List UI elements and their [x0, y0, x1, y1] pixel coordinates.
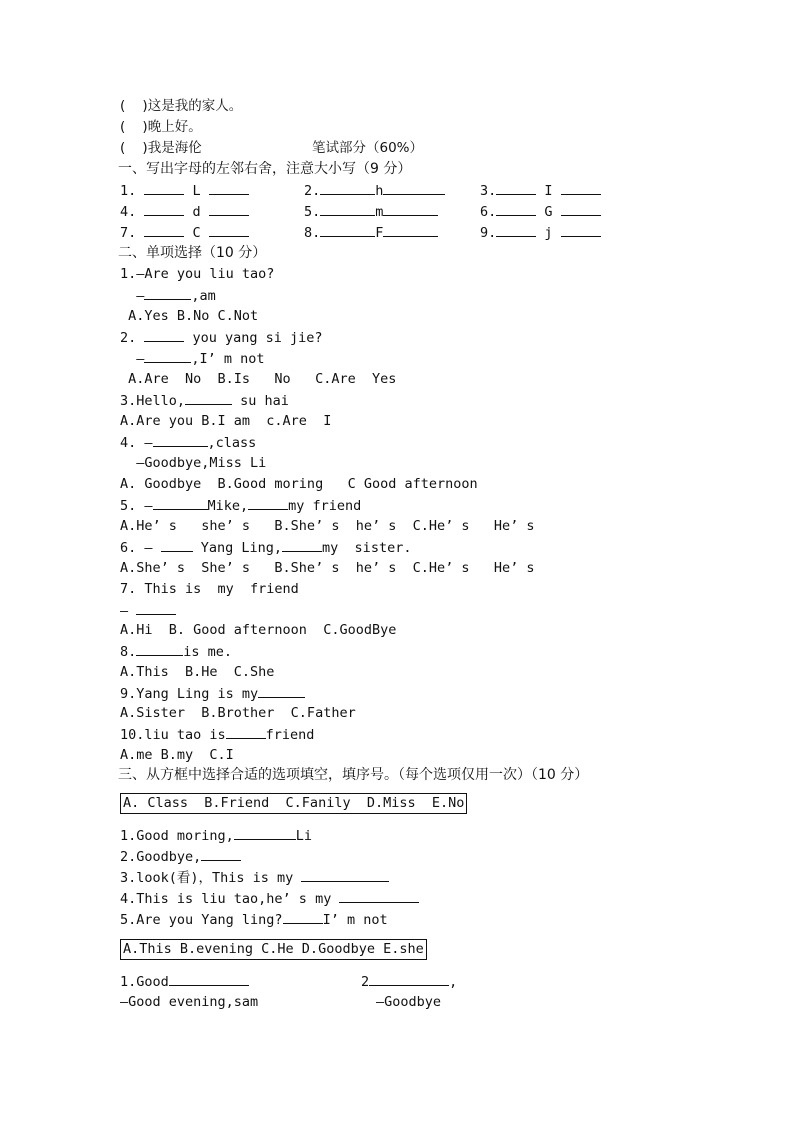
- oral-item-1: ( )这是我的家人。: [120, 96, 242, 116]
- fill-item-1: 1.Good moring,Li: [120, 825, 312, 846]
- answer-blank[interactable]: [496, 222, 536, 237]
- oral-item-3: ( )我是海伦: [120, 138, 202, 158]
- letter-item-2: 2.h: [304, 180, 445, 201]
- written-part-title: 笔试部分（60%）: [312, 138, 423, 158]
- letter-item-9: 9. j: [480, 222, 601, 243]
- oral-item-2: ( )晚上好。: [120, 117, 202, 137]
- answer-blank[interactable]: [320, 222, 375, 237]
- q4-options: A. Goodbye B.Good moring C Good afternoo…: [120, 474, 478, 494]
- answer-blank[interactable]: [136, 600, 176, 615]
- answer-blank[interactable]: [339, 888, 419, 903]
- letter-item-8: 8.F: [304, 222, 438, 243]
- answer-blank[interactable]: [320, 180, 375, 195]
- q5-options: A.He’ s she’ s B.She’ s he’ s C.He’ s He…: [120, 516, 535, 536]
- answer-blank[interactable]: [234, 825, 296, 840]
- answer-blank[interactable]: [301, 867, 389, 882]
- answer-blank[interactable]: [185, 390, 232, 405]
- q10-question: 10.liu tao isfriend: [120, 724, 314, 745]
- q3-question: 3.Hello, su hai: [120, 390, 289, 411]
- answer-blank[interactable]: [144, 327, 184, 342]
- fill-item-4: 4.This is liu tao,he’ s my: [120, 888, 419, 909]
- q10-options: A.me B.my C.I: [120, 745, 234, 765]
- letter-item-3: 3. I: [480, 180, 601, 201]
- q7-question: 7. This is my friend: [120, 579, 299, 599]
- dialog-2: 2,: [361, 971, 457, 992]
- fill-item-5: 5.Are you Yang ling?I’ m not: [120, 909, 388, 930]
- answer-blank[interactable]: [496, 180, 536, 195]
- answer-blank[interactable]: [153, 432, 208, 447]
- q4-question: 4. —,class: [120, 432, 256, 453]
- section-2-title: 二、单项选择（10 分）: [118, 243, 266, 263]
- word-box-2: A.This B.evening C.He D.Goodbye E.she: [120, 939, 427, 960]
- q2-question: 2. you yang si jie?: [120, 327, 323, 348]
- q8-options: A.This B.He C.She: [120, 662, 274, 682]
- answer-bracket[interactable]: ( ): [120, 98, 148, 114]
- letter-item-1: 1. L: [120, 180, 249, 201]
- fill-item-3: 3.look(看)，This is my: [120, 867, 389, 888]
- q8-question: 8.is me.: [120, 641, 232, 662]
- answer-blank[interactable]: [496, 201, 536, 216]
- q6-question: 6. — Yang Ling,my sister.: [120, 537, 411, 558]
- answer-blank[interactable]: [561, 222, 601, 237]
- answer-blank[interactable]: [144, 180, 184, 195]
- word-box-1: A. Class B.Friend C.Fanily D.Miss E.No: [120, 793, 467, 814]
- answer-blank[interactable]: [226, 724, 266, 739]
- answer-blank[interactable]: [201, 846, 241, 861]
- answer-blank[interactable]: [283, 909, 323, 924]
- answer-bracket[interactable]: ( ): [120, 140, 148, 156]
- answer-blank[interactable]: [169, 971, 249, 986]
- section-1-title: 一、写出字母的左邻右舍，注意大小写（9 分）: [118, 159, 411, 179]
- oral-text: 我是海伦: [148, 140, 202, 156]
- q6-options: A.She’ s She’ s B.She’ s he’ s C.He’ s H…: [120, 558, 535, 578]
- fill-item-2: 2.Goodbye,: [120, 846, 241, 867]
- q7-answer-line: —: [120, 600, 176, 621]
- answer-blank[interactable]: [383, 180, 445, 195]
- answer-blank[interactable]: [209, 201, 249, 216]
- q3-options: A.Are you B.I am c.Are I: [120, 411, 331, 431]
- oral-text: 这是我的家人。: [148, 98, 243, 114]
- q2-options: A.Are No B.Is No C.Are Yes: [120, 369, 396, 389]
- letter-item-6: 6. G: [480, 201, 601, 222]
- q9-options: A.Sister B.Brother C.Father: [120, 703, 356, 723]
- section-3-title: 三、从方框中选择合适的选项填空，填序号。（每个选项仅用一次）（10 分）: [118, 765, 588, 785]
- q2-answer-line: —,I’ m not: [120, 348, 265, 369]
- q5-question: 5. —Mike,my friend: [120, 495, 361, 516]
- oral-text: 晚上好。: [148, 119, 202, 135]
- answer-blank[interactable]: [161, 537, 193, 552]
- answer-blank[interactable]: [248, 495, 288, 510]
- dialog-1-reply: —Good evening,sam: [120, 992, 258, 1012]
- answer-blank[interactable]: [136, 641, 183, 656]
- answer-blank[interactable]: [561, 201, 601, 216]
- answer-blank[interactable]: [144, 201, 184, 216]
- answer-blank[interactable]: [209, 222, 249, 237]
- answer-blank[interactable]: [144, 348, 191, 363]
- answer-blank[interactable]: [144, 285, 191, 300]
- q1-answer-line: —,am: [120, 285, 216, 306]
- answer-blank[interactable]: [144, 222, 184, 237]
- answer-blank[interactable]: [209, 180, 249, 195]
- q4-reply: —Goodbye,Miss Li: [120, 453, 266, 473]
- answer-blank[interactable]: [258, 683, 305, 698]
- letter-item-5: 5.m: [304, 201, 438, 222]
- answer-blank[interactable]: [320, 201, 375, 216]
- q9-question: 9.Yang Ling is my: [120, 683, 305, 704]
- dialog-1: 1.Good: [120, 971, 249, 992]
- letter-item-7: 7. C: [120, 222, 249, 243]
- answer-bracket[interactable]: ( ): [120, 119, 148, 135]
- answer-blank[interactable]: [383, 201, 438, 216]
- q7-options: A.Hi B. Good afternoon C.GoodBye: [120, 620, 396, 640]
- answer-blank[interactable]: [282, 537, 322, 552]
- q1-options: A.Yes B.No C.Not: [120, 306, 258, 326]
- q1-question: 1.—Are you liu tao?: [120, 264, 274, 284]
- answer-blank[interactable]: [369, 971, 449, 986]
- dialog-2-reply: —Goodbye: [376, 992, 441, 1012]
- answer-blank[interactable]: [153, 495, 208, 510]
- letter-item-4: 4. d: [120, 201, 249, 222]
- answer-blank[interactable]: [383, 222, 438, 237]
- answer-blank[interactable]: [561, 180, 601, 195]
